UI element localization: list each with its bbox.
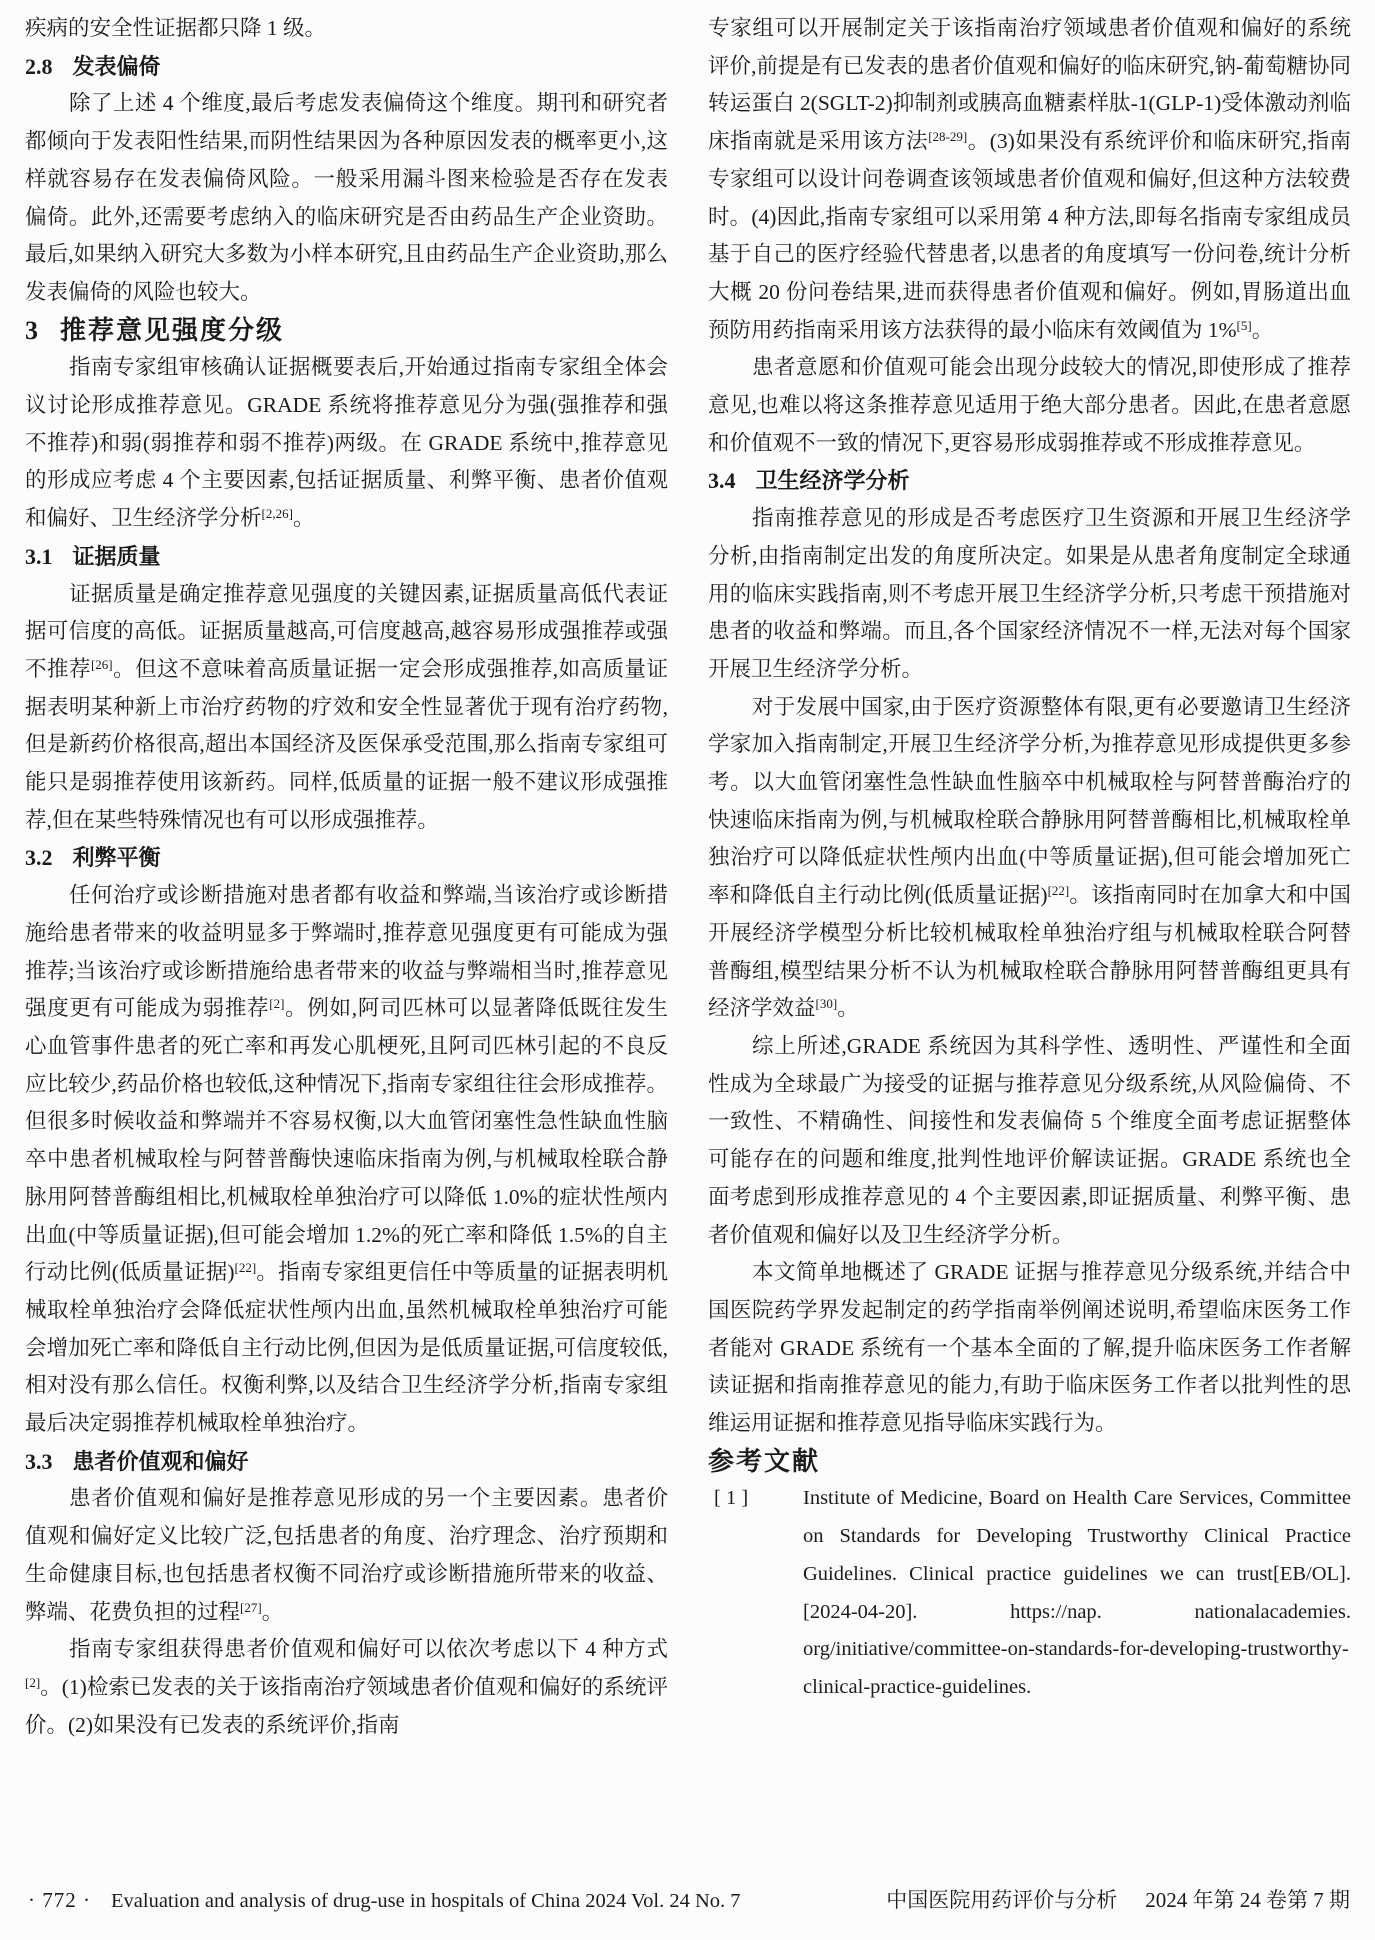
paragraph: 患者价值观和偏好是推荐意见形成的另一个主要因素。患者价值观和偏好定义比较广泛,包… [25,1480,668,1631]
citation-superscript: [26] [91,657,113,672]
text-run: 疾病的安全性证据都只降 1 级。 [25,16,326,40]
heading-number: 3.4 [708,468,736,493]
heading-title: 卫生经济学分析 [756,468,910,493]
text-run: 综上所述,GRADE 系统因为其科学性、透明性、严谨性和全面性成为全球最广为接受… [708,1034,1351,1247]
subsection-heading: 3.2利弊平衡 [25,839,668,877]
heading-number: 3.1 [25,544,53,569]
left-column: 疾病的安全性证据都只降 1 级。2.8发表偏倚除了上述 4 个维度,最后考虑发表… [25,10,668,1744]
right-column: 专家组可以开展制定关于该指南治疗领域患者价值观和偏好的系统评价,前提是有已发表的… [708,10,1351,1707]
text-run: Institute of Medicine, Board on Health C… [803,1487,1351,1698]
heading-title: 参考文献 [708,1446,820,1476]
paragraph: 疾病的安全性证据都只降 1 级。 [25,10,668,48]
heading-number: 3.2 [25,845,53,870]
text-run: 。 [1252,318,1274,342]
text-run: 对于发展中国家,由于医疗资源整体有限,更有必要邀请卫生经济学家加入指南制定,开展… [708,695,1351,908]
citation-superscript: [22] [1048,883,1070,898]
text-run: 。但这不意味着高质量证据一定会形成强推荐,如高质量证据表明某种新上市治疗药物的疗… [25,657,668,832]
citation-superscript: [22] [235,1260,257,1275]
citation-superscript: [2,26] [262,506,293,521]
paragraph: 本文简单地概述了 GRADE 证据与推荐意见分级系统,并结合中国医院药学界发起制… [708,1254,1351,1443]
paragraph: 患者意愿和价值观可能会出现分歧较大的情况,即使形成了推荐意见,也难以将这条推荐意… [708,349,1351,462]
paragraph: 综上所述,GRADE 系统因为其科学性、透明性、严谨性和全面性成为全球最广为接受… [708,1028,1351,1254]
text-run: 指南专家组获得患者价值观和偏好可以依次考虑以下 4 种方式 [69,1637,668,1661]
heading-number: 3 [25,316,38,345]
footer-journal-title-en: Evaluation and analysis of drug-use in h… [111,1890,741,1913]
citation-superscript: [2] [269,996,284,1011]
text-run: 本文简单地概述了 GRADE 证据与推荐意见分级系统,并结合中国医院药学界发起制… [708,1260,1351,1435]
journal-page: 疾病的安全性证据都只降 1 级。2.8发表偏倚除了上述 4 个维度,最后考虑发表… [0,0,1375,1940]
reference-item: [ 1 ]Institute of Medicine, Board on Hea… [708,1480,1351,1706]
heading-title: 患者价值观和偏好 [73,1449,249,1474]
section-heading: 参考文献 [708,1443,1351,1481]
subsection-heading: 2.8发表偏倚 [25,48,668,86]
text-run: 指南专家组审核确认证据概要表后,开始通过指南专家组全体会议讨论形成推荐意见。GR… [25,355,668,530]
heading-title: 证据质量 [73,544,161,569]
paragraph: 指南推荐意见的形成是否考虑医疗卫生资源和开展卫生经济学分析,由指南制定出发的角度… [708,500,1351,689]
paragraph: 证据质量是确定推荐意见强度的关键因素,证据质量高低代表证据可信度的高低。证据质量… [25,576,668,840]
text-run: 患者意愿和价值观可能会出现分歧较大的情况,即使形成了推荐意见,也难以将这条推荐意… [708,355,1351,454]
text-run: 除了上述 4 个维度,最后考虑发表偏倚这个维度。期刊和研究者都倾向于发表阳性结果… [25,91,668,304]
citation-superscript: [28-29] [928,129,967,144]
text-run: 。指南专家组更信任中等质量的证据表明机械取栓单独治疗会降低症状性颅内出血,虽然机… [25,1260,668,1435]
subsection-heading: 3.3患者价值观和偏好 [25,1443,668,1481]
subsection-heading: 3.1证据质量 [25,538,668,576]
footer-journal-title-zh: 中国医院用药评价与分析 [886,1884,1117,1914]
heading-title: 发表偏倚 [73,54,161,79]
heading-title: 利弊平衡 [73,845,161,870]
text-run: 患者价值观和偏好是推荐意见形成的另一个主要因素。患者价值观和偏好定义比较广泛,包… [25,1486,668,1623]
reference-text: Institute of Medicine, Board on Health C… [803,1487,1351,1698]
paragraph: 指南专家组获得患者价值观和偏好可以依次考虑以下 4 种方式[2]。(1)检索已发… [25,1631,668,1744]
citation-superscript: [2] [25,1675,40,1690]
section-heading: 3推荐意见强度分级 [25,312,668,350]
heading-number: 2.8 [25,54,53,79]
footer-issue-info: 2024 年第 24 卷第 7 期 [1145,1884,1350,1914]
paragraph: 指南专家组审核确认证据概要表后,开始通过指南专家组全体会议讨论形成推荐意见。GR… [25,349,668,538]
citation-superscript: [30] [816,996,838,1011]
text-run: 指南推荐意见的形成是否考虑医疗卫生资源和开展卫生经济学分析,由指南制定出发的角度… [708,506,1351,681]
text-run: 。 [293,506,315,530]
citation-superscript: [5] [1237,318,1252,333]
heading-number: 3.3 [25,1449,53,1474]
reference-number: [ 1 ] [714,1480,748,1518]
page-footer: · 772 · Evaluation and analysis of drug-… [28,1884,1350,1914]
paragraph: 任何治疗或诊断措施对患者都有收益和弊端,当该治疗或诊断措施给患者带来的收益明显多… [25,877,668,1443]
citation-superscript: [27] [240,1600,262,1615]
subsection-heading: 3.4卫生经济学分析 [708,462,1351,500]
footer-page-number: · 772 · [28,1888,91,1913]
text-run: 。(3)如果没有系统评价和临床研究,指南专家组可以设计问卷调查该领域患者价值观和… [708,129,1351,342]
paragraph: 专家组可以开展制定关于该指南治疗领域患者价值观和偏好的系统评价,前提是有已发表的… [708,10,1351,349]
text-run: 。例如,阿司匹林可以显著降低既往发生心血管事件患者的死亡率和再发心肌梗死,且阿司… [25,996,668,1284]
paragraph: 除了上述 4 个维度,最后考虑发表偏倚这个维度。期刊和研究者都倾向于发表阳性结果… [25,85,668,311]
text-run: 。 [262,1600,284,1624]
heading-title: 推荐意见强度分级 [60,315,284,345]
paragraph: 对于发展中国家,由于医疗资源整体有限,更有必要邀请卫生经济学家加入指南制定,开展… [708,689,1351,1028]
text-run: 。(1)检索已发表的关于该指南治疗领域患者价值观和偏好的系统评价。(2)如果没有… [25,1675,668,1737]
text-run: 。 [837,996,859,1020]
